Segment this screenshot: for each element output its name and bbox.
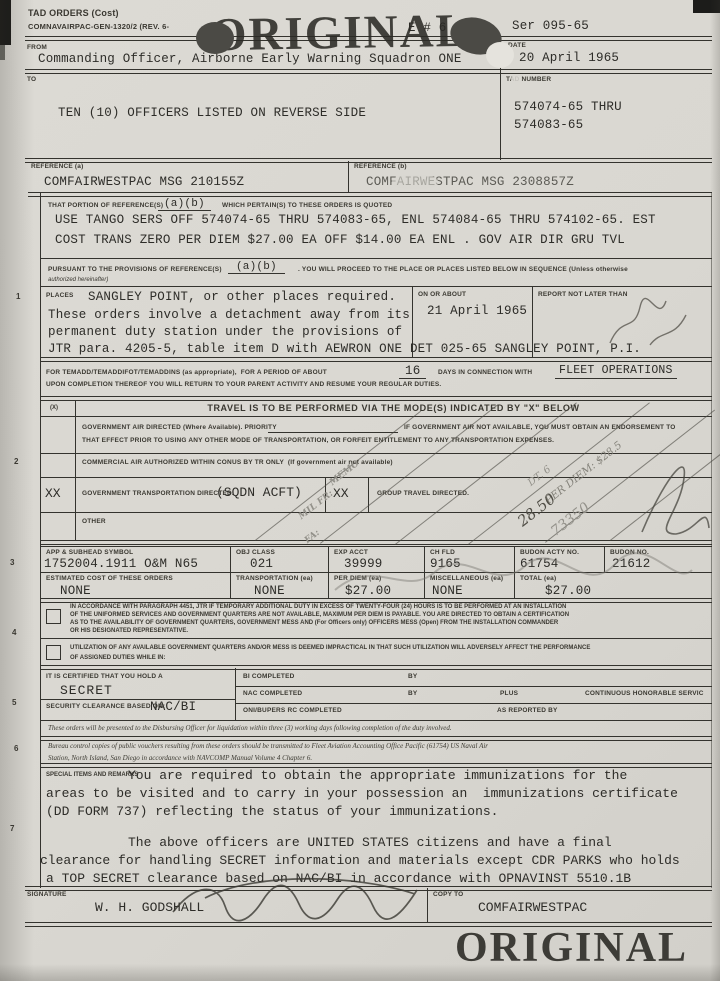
remarks-line-2: areas to be visited and to carry in your…: [46, 786, 678, 801]
scanned-tad-orders-form: TAD ORDERS (Cost) COMNAVAIRPAC-GEN-1320/…: [0, 0, 720, 981]
bi-completed-label: BI COMPLETED: [243, 673, 295, 680]
on-or-about-value: 21 April 1965: [427, 304, 527, 318]
disbursing-note: These orders will be presented to the Di…: [48, 724, 452, 732]
form-title: TAD ORDERS (Cost): [28, 8, 119, 18]
pursuant-fill: (a)(b): [228, 261, 285, 274]
plus-label: PLUS: [500, 690, 518, 697]
rule: [40, 258, 712, 259]
remarks-line-1: You are required to obtain the appropria…: [128, 768, 627, 783]
temadd-mid: DAYS IN CONNECTION WITH: [438, 369, 532, 376]
quoted-line-2: COST TRANS ZERO PER DIEM $27.00 EA OFF $…: [55, 233, 625, 247]
rule: [25, 69, 712, 74]
item-number-1: 1: [16, 292, 20, 301]
rule: [40, 477, 712, 478]
remarks-line-3: (DD FORM 737) reflecting the status of y…: [46, 804, 498, 819]
bureau-note-2: Station, North Island, San Diego in acco…: [48, 754, 312, 762]
scan-edge-mark: [0, 0, 11, 45]
signature-scrawl: [165, 876, 445, 926]
temadd-days: 16: [399, 364, 426, 379]
gov-transport-typed: (SQDN ACFT): [216, 485, 302, 500]
obj-class-value: 021: [250, 557, 273, 571]
smudge: [511, 75, 522, 83]
places-line-2: These orders involve a detachment away f…: [48, 308, 410, 322]
x-column-header: (X): [50, 405, 58, 411]
reference-b-label: REFERENCE (b): [354, 163, 407, 170]
divider: [75, 400, 76, 540]
divider: [368, 477, 369, 512]
from-label: FROM: [27, 44, 47, 51]
original-stamp-top: ORIGINAL: [210, 4, 470, 63]
pursuant-post: . YOU WILL PROCEED TO THE PLACE OR PLACE…: [298, 266, 628, 273]
rule: [40, 720, 712, 721]
tad-range-1: 574074-65 THRU: [514, 100, 622, 114]
other-label: OTHER: [82, 518, 106, 525]
checkbox-quarters: [46, 609, 61, 624]
item-number-3: 3: [10, 558, 14, 567]
quarters-text-4: OR HIS DESIGNATED REPRESENTATIVE.: [70, 628, 188, 634]
gov-transport-text: GOVERNMENT TRANSPORTATION DIRECTED.: [82, 490, 234, 497]
tad-range-2: 574083-65: [514, 118, 583, 132]
remarks-label: SPECIAL ITEMS AND REMARKS: [46, 772, 138, 778]
item-number-7: 7: [10, 824, 14, 833]
obj-class-label: OBJ CLASS: [236, 549, 275, 556]
reference-a-value: COMFAIRWESTPAC MSG 210155Z: [44, 175, 244, 189]
utilization-text-1: UTILIZATION OF ANY AVAILABLE GOVERNMENT …: [70, 645, 590, 651]
app-subhead-label: APP & SUBHEAD SYMBOL: [46, 549, 133, 556]
divider: [348, 161, 349, 192]
scan-edge-mark: [0, 45, 5, 60]
hold-label: IT IS CERTIFIED THAT YOU HOLD A: [46, 673, 163, 680]
temadd-connection: FLEET OPERATIONS: [555, 364, 677, 379]
on-or-about-label: ON OR ABOUT: [418, 291, 466, 298]
reference-a-label: REFERENCE (a): [31, 163, 83, 170]
temadd-line-2: UPON COMPLETION THEREOF YOU WILL RETURN …: [46, 381, 441, 388]
remarks-line-4: The above officers are UNITED STATES cit…: [128, 835, 612, 850]
places-line-1: SANGLEY POINT, or other places required.: [88, 290, 396, 304]
gov-air-text-a: GOVERNMENT AIR DIRECTED (Where Available…: [82, 424, 277, 431]
transportation-value: NONE: [254, 584, 285, 598]
oni-bupers-label: ONI/BUPERS RC COMPLETED: [243, 707, 342, 714]
quoted-fill: (a)(b): [158, 198, 211, 211]
quoted-line-1: USE TANGO SERS OFF 574074-65 THRU 574083…: [55, 213, 656, 227]
form-number: COMNAVAIRPAC-GEN-1320/2 (REV. 6-: [28, 22, 169, 31]
item-number-4: 4: [12, 628, 16, 637]
group-travel-x-mark: XX: [333, 486, 349, 501]
clearance-basis-label: SECURITY CLEARANCE BASED ON:: [46, 703, 165, 710]
rule: [40, 512, 712, 513]
rule: [40, 396, 712, 401]
item-number-5: 5: [12, 698, 16, 707]
as-reported-label: AS REPORTED BY: [497, 707, 558, 714]
pursuant-pre: PURSUANT TO THE PROVISIONS OF REFERENCE(…: [48, 266, 222, 273]
places-line-4: JTR para. 4205-5, table item D with AEWR…: [48, 342, 641, 356]
clearance-basis-typed: NAC/BI: [150, 700, 196, 714]
stamp-mil-fr: MIL FR:: [297, 489, 335, 522]
serial-number: Ser 095-65: [512, 19, 589, 33]
to-value: TEN (10) OFFICERS LISTED ON REVERSE SIDE: [58, 106, 366, 120]
copy-to-value: COMFAIRWESTPAC: [478, 900, 587, 915]
date-value: 20 April 1965: [519, 51, 619, 65]
rule: [40, 540, 712, 545]
remarks-line-5: clearance for handling SECRET informatio…: [40, 853, 680, 868]
rule: [40, 699, 235, 700]
rule: [40, 416, 712, 417]
quoted-label-post: WHICH PERTAIN(S) TO THESE ORDERS IS QUOT…: [222, 202, 392, 209]
gov-transport-x-mark: XX: [45, 486, 61, 501]
travel-header: TRAVEL IS TO BE PERFORMED VIA THE MODE(S…: [75, 403, 712, 413]
priority-blank: [268, 432, 398, 433]
rule: [28, 192, 712, 197]
places-label: PLACES: [46, 292, 74, 299]
rule: [40, 638, 712, 639]
nac-by-label: BY: [408, 690, 417, 697]
rule: [235, 686, 712, 687]
checkbox-utilization: [46, 645, 61, 660]
rule: [40, 736, 712, 741]
original-stamp-bottom: ORIGINAL: [455, 924, 688, 972]
est-cost-label: ESTIMATED COST OF THESE ORDERS: [46, 575, 173, 582]
bureau-note-1: Bureau control copies of public vouchers…: [48, 742, 488, 750]
signature-label: SIGNATURE: [27, 891, 67, 898]
rule: [40, 286, 712, 287]
left-edge-shadow: [0, 0, 34, 981]
handwriting-per-diem: PER DIEM: $28.5: [543, 439, 624, 506]
faint-scrawl: [330, 548, 700, 603]
quarters-text-1: IN ACCORDANCE WITH PARAGRAPH 4451, JTR I…: [70, 604, 566, 610]
rule: [40, 357, 712, 362]
handwritten-loop: [630, 440, 715, 540]
places-line-3: permanent duty station under the provisi…: [48, 325, 402, 339]
nac-completed-label: NAC COMPLETED: [243, 690, 302, 697]
temadd-pre: FOR TEMADD/TEMADDIFOT/TEMADDINS (as appr…: [46, 369, 327, 376]
pursuant-line-2: authorized hereinafter): [48, 277, 108, 283]
item-number-6: 6: [14, 744, 18, 753]
bi-by-label: BY: [408, 673, 417, 680]
gov-air-text-c: THAT EFFECT PRIOR TO USING ANY OTHER MOD…: [82, 437, 554, 444]
handwritten-scribble: [600, 295, 695, 350]
ink-blot: [196, 22, 234, 54]
quarters-text-2: OF THE UNIFORMED SERVICES AND GOVERNMENT…: [70, 612, 569, 618]
scan-edge-mark: [693, 0, 720, 13]
clearance-level-typed: SECRET: [60, 683, 113, 698]
est-cost-value: NONE: [60, 584, 91, 598]
rule: [235, 703, 712, 704]
item-number-2: 2: [14, 457, 18, 466]
to-label: TO: [27, 76, 36, 83]
rule: [40, 665, 712, 670]
divider: [235, 668, 236, 720]
quoted-label-pre: THAT PORTION OF REFERENCE(S): [48, 202, 163, 209]
utilization-text-2: OF ASSIGNED DUTIES WHILE IN:: [70, 655, 165, 661]
paper-tear-spot: [486, 42, 514, 68]
app-subhead-value: 1752004.1911 O&M N65: [44, 557, 198, 571]
fade-smudge: [392, 175, 438, 189]
continuous-service-label: CONTINUOUS HONORABLE SERVIC: [585, 690, 704, 697]
quarters-text-3: AS TO THE AVAILABILITY OF GOVERNMENT QUA…: [70, 620, 558, 626]
transportation-label: TRANSPORTATION (ea): [236, 575, 313, 582]
